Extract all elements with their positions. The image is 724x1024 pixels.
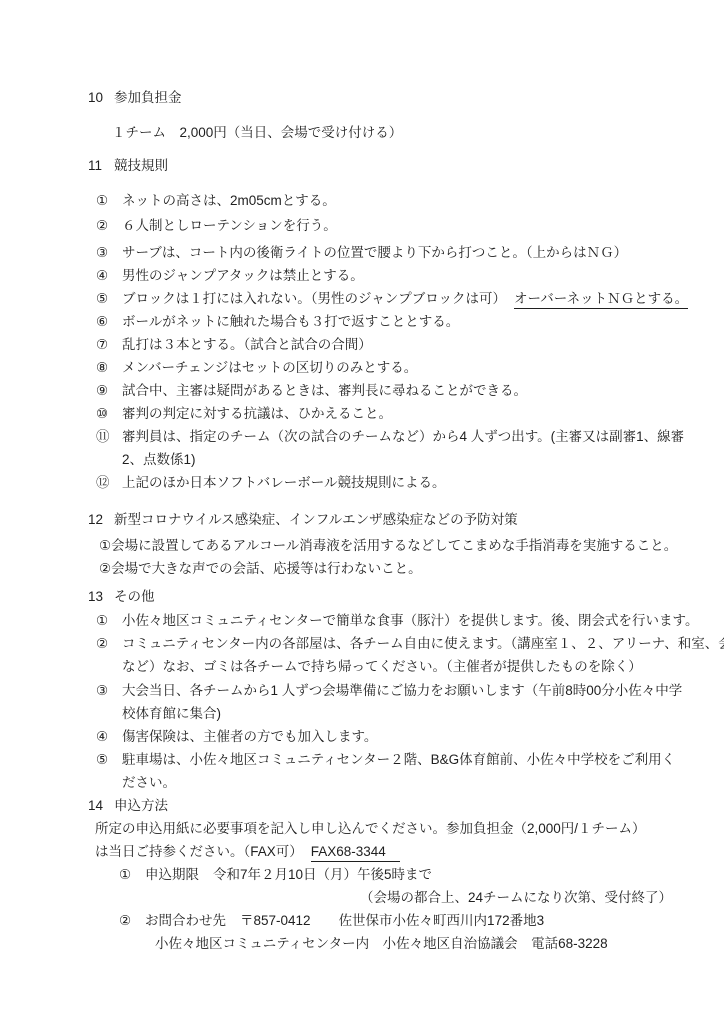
deadline-value: 令和7年２月10日（月）午後5時まで — [213, 867, 432, 882]
item-text: 会場で大きな声での会話、応援等は行わないこと。 — [111, 561, 422, 576]
section-12-title: 新型コロナウイルス感染症、インフルエンザ感染症などの予防対策 — [114, 512, 518, 527]
item-marker: ② — [119, 910, 145, 932]
rule-item-9: ⑨試合中、主審は疑問があるときは、審判長に尋ねることができる。 — [96, 380, 724, 402]
item-text: コミュニティセンター内の各部屋は、各チーム自由に使えます。（講座室１、２、アリー… — [122, 636, 724, 651]
rule-item-2: ②６人制としローテンションを行う。 — [96, 215, 724, 237]
item-marker: ① — [96, 610, 122, 632]
item-marker: ③ — [96, 680, 122, 702]
item-text: 傷害保険は、主催者の方でも加入します。 — [122, 729, 377, 744]
intro-text: は当日ご持参ください。（FAX可） — [95, 844, 303, 859]
item-marker: ⑥ — [96, 311, 122, 333]
section-13-number: 13 — [88, 586, 114, 608]
other-item-2: ②コミュニティセンター内の各部屋は、各チーム自由に使えます。（講座室１、２、アリ… — [96, 633, 724, 655]
contact-address: 佐世保市小佐々町西川内172番地3 — [339, 913, 545, 928]
document-page: 10参加負担金 １チーム 2,000円（当日、会場で受け付ける） 11競技規則 … — [0, 0, 724, 1024]
other-item-3-continuation: 校体育館に集合) — [122, 703, 724, 725]
contact-organization-line: 小佐々地区コミュニティセンター内 小佐々地区自治協議会 電話68-3228 — [155, 933, 724, 955]
item-marker: ⑫ — [96, 472, 122, 494]
item-text: ６人制としローテンションを行う。 — [122, 218, 337, 233]
item-text: 審判員は、指定のチーム（次の試合のチームなど）から4 人ずつ出す。(主審又は副審… — [122, 429, 684, 444]
item-text: ボールがネットに触れた場合も３打で返すこととする。 — [122, 314, 459, 329]
item-marker: ⑤ — [96, 288, 122, 310]
covid-item-2: ②会場で大きな声での会話、応援等は行わないこと。 — [99, 558, 724, 580]
item-marker: ⑪ — [96, 426, 122, 448]
rule-item-10: ⑩審判の判定に対する抗議は、ひかえること。 — [96, 403, 724, 425]
section-11-title: 競技規則 — [114, 158, 168, 173]
item-text: 会場に設置してあるアルコール消毒液を活用するなどしてこまめな手指消毒を実施するこ… — [111, 538, 677, 553]
rule-item-6: ⑥ボールがネットに触れた場合も３打で返すこととする。 — [96, 311, 724, 333]
item-marker: ⑧ — [96, 357, 122, 379]
rule-item-12: ⑫上記のほか日本ソフトバレーボール競技規則による。 — [96, 472, 724, 494]
other-item-2-continuation: など）なお、ゴミは各チームで持ち帰ってください。（主催者が提供したものを除く） — [122, 656, 724, 678]
item-marker: ③ — [96, 242, 122, 264]
rule-item-11: ⑪審判員は、指定のチーム（次の試合のチームなど）から4 人ずつ出す。(主審又は副… — [96, 426, 724, 448]
item-text: ネットの高さは、2m05cmとする。 — [122, 193, 336, 208]
rule-item-1: ①ネットの高さは、2m05cmとする。 — [96, 190, 724, 212]
section-13-heading: 13その他 — [88, 586, 724, 608]
section-13-title: その他 — [114, 589, 155, 604]
item-marker: ④ — [96, 726, 122, 748]
item-text: メンバーチェンジはセットの区切りのみとする。 — [122, 360, 417, 375]
section-14-number: 14 — [88, 795, 114, 817]
section-12-heading: 12新型コロナウイルス感染症、インフルエンザ感染症などの予防対策 — [88, 509, 724, 531]
section-10-title: 参加負担金 — [114, 90, 182, 105]
rule-item-7: ⑦乱打は３本とする。（試合と試合の合間） — [96, 334, 724, 356]
deadline-note: （会場の都合上、24チームになり次第、受付終了） — [360, 887, 724, 909]
application-intro-line-2: は当日ご持参ください。（FAX可）FAX68-3344 — [95, 841, 724, 863]
rule-item-3: ③サーブは、コート内の後衛ライトの位置で腰より下から打つこと。（上からはＮＧ） — [96, 242, 724, 264]
item-marker: ① — [99, 535, 111, 557]
section-14-title: 申込方法 — [114, 798, 168, 813]
item-marker: ⑨ — [96, 380, 122, 402]
section-11-heading: 11競技規則 — [88, 155, 724, 177]
fee-line: １チーム 2,000円（当日、会場で受け付ける） — [112, 122, 724, 144]
item-text: 駐車場は、小佐々地区コミュニティセンター２階、B&G体育館前、小佐々中学校をご利… — [122, 752, 675, 767]
contact-label: お問合わせ先 — [145, 913, 226, 928]
item-text: 上記のほか日本ソフトバレーボール競技規則による。 — [122, 475, 445, 490]
deadline-item: ①申込期限令和7年２月10日（月）午後5時まで — [119, 864, 724, 886]
item-text: サーブは、コート内の後衛ライトの位置で腰より下から打つこと。（上からはＮＧ） — [122, 245, 627, 260]
section-12-number: 12 — [88, 509, 114, 531]
item-text: 審判の判定に対する抗議は、ひかえること。 — [122, 406, 392, 421]
other-item-5: ⑤駐車場は、小佐々地区コミュニティセンター２階、B&G体育館前、小佐々中学校をご… — [96, 749, 724, 771]
section-10-heading: 10参加負担金 — [88, 87, 724, 109]
item-text: ブロックは１打には入れない。（男性のジャンプブロックは可） — [122, 291, 506, 306]
item-underlined-text: オーバーネットＮＧとする。 — [514, 291, 688, 309]
application-intro-line-1: 所定の申込用紙に必要事項を記入し申し込んでください。参加負担金（2,000円/１… — [95, 818, 724, 840]
item-text: 試合中、主審は疑問があるときは、審判長に尋ねることができる。 — [122, 383, 527, 398]
item-marker: ② — [99, 558, 111, 580]
rule-item-4: ④男性のジャンプアタックは禁止とする。 — [96, 265, 724, 287]
item-marker: ⑦ — [96, 334, 122, 356]
item-text: 乱打は３本とする。（試合と試合の合間） — [122, 337, 372, 352]
other-item-3: ③大会当日、各チームから1 人ずつ会場準備にご協力をお願いします（午前8時00分… — [96, 680, 724, 702]
item-text: 男性のジャンプアタックは禁止とする。 — [122, 268, 364, 283]
other-item-4: ④傷害保険は、主催者の方でも加入します。 — [96, 726, 724, 748]
section-10-number: 10 — [88, 87, 114, 109]
item-marker: ⑤ — [96, 749, 122, 771]
deadline-label: 申込期限 — [145, 867, 199, 882]
contact-item: ②お問合わせ先〒857-0412佐世保市小佐々町西川内172番地3 — [119, 910, 724, 932]
rule-item-5: ⑤ブロックは１打には入れない。（男性のジャンプブロックは可）オーバーネットＮＧと… — [96, 288, 724, 310]
contact-postal-code: 〒857-0412 — [240, 913, 311, 928]
rule-item-11-continuation: 2、点数係1) — [122, 449, 724, 471]
section-14-heading: 14申込方法 — [88, 795, 724, 817]
item-marker: ① — [119, 864, 145, 886]
item-marker: ② — [96, 633, 122, 655]
fax-number: FAX68-3344 — [311, 844, 400, 862]
item-marker: ④ — [96, 265, 122, 287]
item-text: 大会当日、各チームから1 人ずつ会場準備にご協力をお願いします（午前8時00分小… — [122, 683, 682, 698]
item-marker: ① — [96, 190, 122, 212]
section-11-number: 11 — [88, 155, 114, 177]
item-text: 小佐々地区コミュニティセンターで簡単な食事（豚汁）を提供します。後、閉会式を行い… — [122, 613, 698, 628]
other-item-5-continuation: ださい。 — [122, 772, 724, 794]
item-marker: ② — [96, 215, 122, 237]
rule-item-8: ⑧メンバーチェンジはセットの区切りのみとする。 — [96, 357, 724, 379]
other-item-1: ①小佐々地区コミュニティセンターで簡単な食事（豚汁）を提供します。後、閉会式を行… — [96, 610, 724, 632]
covid-item-1: ①会場に設置してあるアルコール消毒液を活用するなどしてこまめな手指消毒を実施する… — [99, 535, 724, 557]
item-marker: ⑩ — [96, 403, 122, 425]
